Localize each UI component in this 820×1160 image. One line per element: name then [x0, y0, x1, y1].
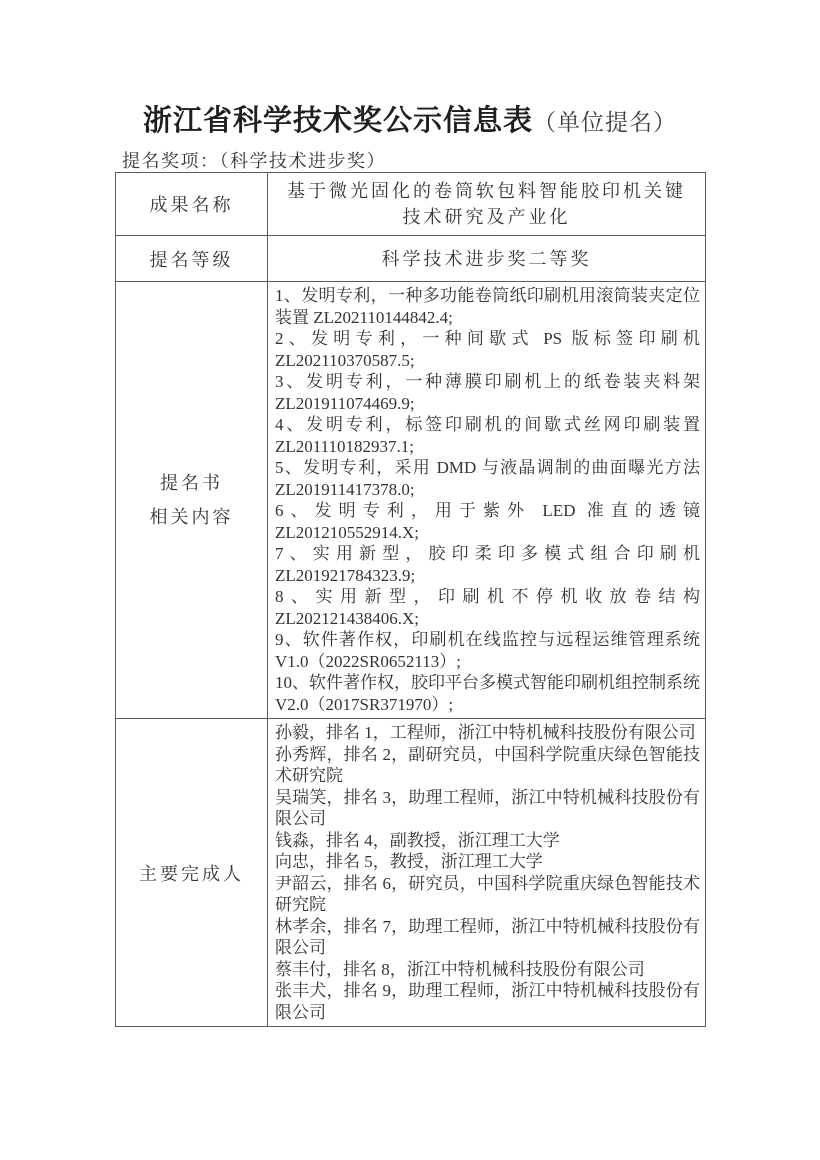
patent-item: 7、实用新型，胶印柔印多模式组合印刷机 ZL201921784323.9;: [275, 543, 700, 586]
completer-item: 吴瑞笑，排名 3，助理工程师，浙江中特机械科技股份有限公司: [275, 787, 700, 830]
patent-item: 8、实用新型，印刷机不停机收放卷结构 ZL202121438406.X;: [275, 586, 700, 629]
completer-item: 向忠，排名 5，教授，浙江理工大学: [275, 851, 700, 873]
patent-item: 4、发明专利，标签印刷机的间歇式丝网印刷装置 ZL201110182937.1;: [275, 414, 700, 457]
completers-label: 主要完成人: [116, 719, 268, 1027]
nomination-book-label-line2: 相关内容: [117, 500, 266, 534]
completer-item: 孙秀辉，排名 2，副研究员，中国科学院重庆绿色智能技术研究院: [275, 744, 700, 787]
row-nomination-book: 提名书 相关内容 1、发明专利，一种多功能卷筒纸印刷机用滚筒装夹定位装置 ZL2…: [116, 282, 706, 719]
patent-item: 6、发明专利，用于紫外 LED 准直的透镜 ZL201210552914.X;: [275, 500, 700, 543]
row-result-name: 成果名称 基于微光固化的卷筒软包料智能胶印机关键技术研究及产业化: [116, 173, 706, 236]
patent-item: 2、发明专利，一种间歇式 PS 版标签印刷机 ZL202110370587.5;: [275, 328, 700, 371]
nomination-grade-label: 提名等级: [116, 236, 268, 282]
patent-list: 1、发明专利，一种多功能卷筒纸印刷机用滚筒装夹定位装置 ZL2021101448…: [268, 282, 706, 719]
nomination-book-label: 提名书 相关内容: [116, 282, 268, 719]
row-main-completers: 主要完成人 孙毅，排名 1，工程师，浙江中特机械科技股份有限公司 孙秀辉，排名 …: [116, 719, 706, 1027]
page-title-text: 浙江省科学技术奖公示信息表: [143, 105, 533, 137]
completer-list: 孙毅，排名 1，工程师，浙江中特机械科技股份有限公司 孙秀辉，排名 2，副研究员…: [268, 719, 706, 1027]
nomination-award-line: 提名奖项：（科学技术进步奖）: [122, 147, 386, 173]
completer-item: 钱淼，排名 4，副教授，浙江理工大学: [275, 830, 700, 852]
completer-item: 蔡丰付，排名 8，浙江中特机械科技股份有限公司: [275, 959, 700, 981]
result-name-label: 成果名称: [116, 173, 268, 236]
row-nomination-grade: 提名等级 科学技术进步奖二等奖: [116, 236, 706, 282]
completer-item: 林孝余，排名 7，助理工程师，浙江中特机械科技股份有限公司: [275, 916, 700, 959]
page-title-note: （单位提名）: [533, 110, 677, 135]
completer-item: 尹韶云，排名 6，研究员，中国科学院重庆绿色智能技术研究院: [275, 873, 700, 916]
nomination-book-label-line1: 提名书: [117, 466, 266, 500]
patent-item: 10、软件著作权，胶印平台多模式智能印刷机组控制系统 V2.0（2017SR37…: [275, 672, 700, 715]
nomination-grade-value: 科学技术进步奖二等奖: [268, 236, 706, 282]
result-name-value: 基于微光固化的卷筒软包料智能胶印机关键技术研究及产业化: [268, 173, 706, 236]
info-table: 成果名称 基于微光固化的卷筒软包料智能胶印机关键技术研究及产业化 提名等级 科学…: [115, 172, 706, 1027]
completer-item: 孙毅，排名 1，工程师，浙江中特机械科技股份有限公司: [275, 722, 700, 744]
patent-item: 9、软件著作权，印刷机在线监控与远程运维管理系统 V1.0（2022SR0652…: [275, 629, 700, 672]
completer-item: 张丰犬，排名 9，助理工程师，浙江中特机械科技股份有限公司: [275, 980, 700, 1023]
patent-item: 3、发明专利，一种薄膜印刷机上的纸卷装夹料架 ZL201911074469.9;: [275, 371, 700, 414]
document-page: 浙江省科学技术奖公示信息表（单位提名） 提名奖项：（科学技术进步奖） 成果名称 …: [0, 0, 820, 1160]
patent-item: 5、发明专利，采用 DMD 与液晶调制的曲面曝光方法 ZL20191141737…: [275, 457, 700, 500]
page-title: 浙江省科学技术奖公示信息表（单位提名）: [0, 98, 820, 139]
patent-item: 1、发明专利，一种多功能卷筒纸印刷机用滚筒装夹定位装置 ZL2021101448…: [275, 285, 700, 328]
